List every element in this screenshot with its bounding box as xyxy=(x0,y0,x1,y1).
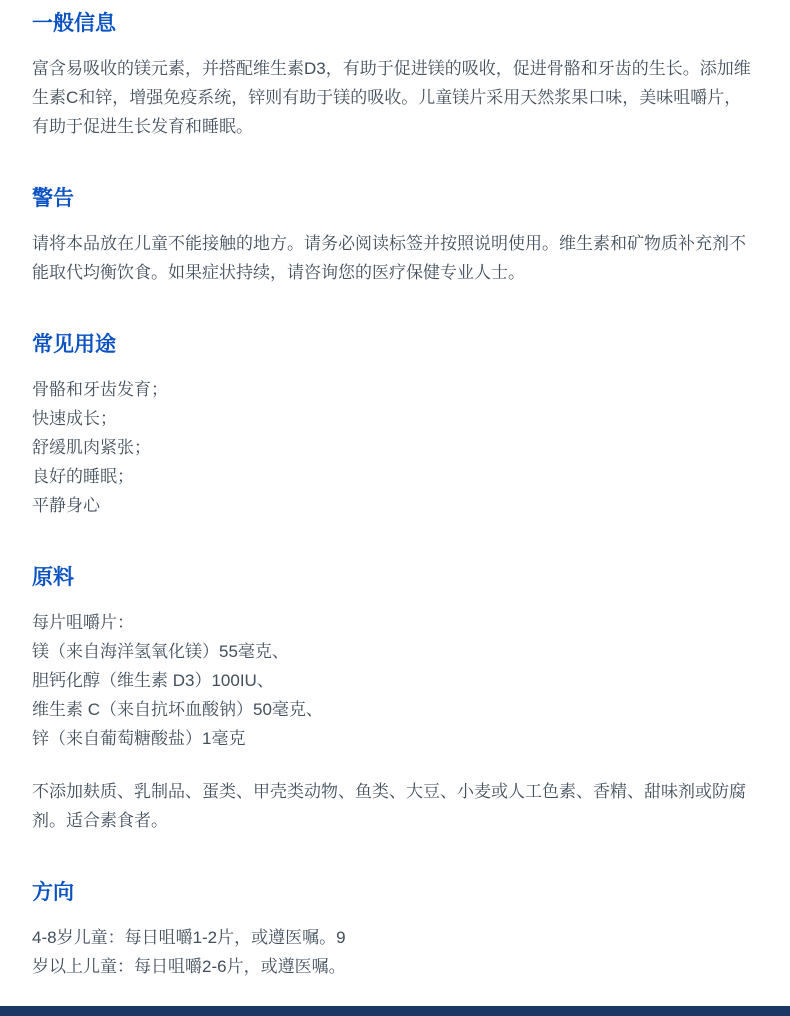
ingredients-line: 每片咀嚼片： xyxy=(32,608,758,637)
section-general-info: 一般信息 富含易吸收的镁元素，并搭配维生素D3，有助于促进镁的吸收，促进骨骼和牙… xyxy=(32,10,758,141)
section-title-ingredients: 原料 xyxy=(32,564,758,592)
footer-bar xyxy=(0,1006,790,1016)
directions-line: 4-8岁儿童：每日咀嚼1-2片，或遵医嘱。9 xyxy=(32,923,758,952)
common-uses-line: 快速成长； xyxy=(32,404,758,433)
section-ingredients: 原料 每片咀嚼片： 镁（来自海洋氢氧化镁）55毫克、 胆钙化醇（维生素 D3）1… xyxy=(32,564,758,835)
section-title-directions: 方向 xyxy=(32,879,758,907)
section-title-general-info: 一般信息 xyxy=(32,10,758,38)
allergen-free-paragraph: 不添加麸质、乳制品、蛋类、甲壳类动物、鱼类、大豆、小麦或人工色素、香精、甜味剂或… xyxy=(32,777,758,835)
common-uses-line: 骨骼和牙齿发育； xyxy=(32,375,758,404)
section-common-uses: 常见用途 骨骼和牙齿发育； 快速成长； 舒缓肌肉紧张； 良好的睡眠； 平静身心 xyxy=(32,331,758,520)
common-uses-line: 平静身心 xyxy=(32,491,758,520)
common-uses-line: 良好的睡眠； xyxy=(32,462,758,491)
ingredients-line: 维生素 C（来自抗坏血酸钠）50毫克、 xyxy=(32,695,758,724)
general-info-paragraph: 富含易吸收的镁元素，并搭配维生素D3，有助于促进镁的吸收，促进骨骼和牙齿的生长。… xyxy=(32,54,758,141)
section-warnings: 警告 请将本品放在儿童不能接触的地方。请务必阅读标签并按照说明使用。维生素和矿物… xyxy=(32,185,758,287)
warnings-paragraph: 请将本品放在儿童不能接触的地方。请务必阅读标签并按照说明使用。维生素和矿物质补充… xyxy=(32,229,758,287)
section-title-common-uses: 常见用途 xyxy=(32,331,758,359)
ingredients-line: 锌（来自葡萄糖酸盐）1毫克 xyxy=(32,724,758,753)
section-title-warnings: 警告 xyxy=(32,185,758,213)
section-directions: 方向 4-8岁儿童：每日咀嚼1-2片，或遵医嘱。9 岁以上儿童：每日咀嚼2-6片… xyxy=(32,879,758,981)
product-description-page: 一般信息 富含易吸收的镁元素，并搭配维生素D3，有助于促进镁的吸收，促进骨骼和牙… xyxy=(0,0,790,1016)
ingredients-line: 镁（来自海洋氢氧化镁）55毫克、 xyxy=(32,637,758,666)
product-description-content: 一般信息 富含易吸收的镁元素，并搭配维生素D3，有助于促进镁的吸收，促进骨骼和牙… xyxy=(0,0,790,981)
ingredients-line: 胆钙化醇（维生素 D3）100IU、 xyxy=(32,666,758,695)
common-uses-line: 舒缓肌肉紧张； xyxy=(32,433,758,462)
directions-line: 岁以上儿童：每日咀嚼2-6片，或遵医嘱。 xyxy=(32,952,758,981)
